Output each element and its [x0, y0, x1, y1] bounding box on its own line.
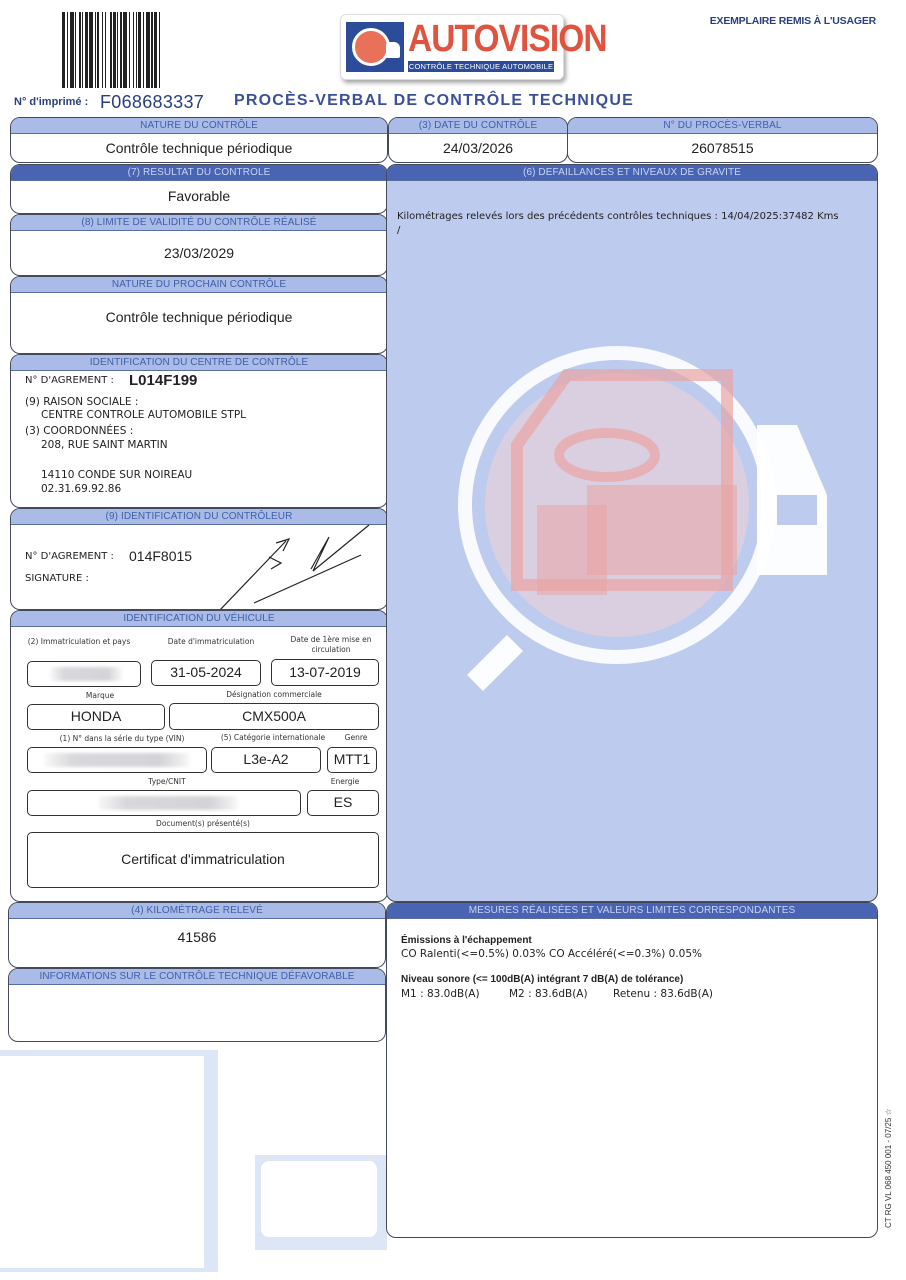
imprime-label: N° d'imprimé :	[14, 96, 88, 108]
sonore-title: Niveau sonore (<= 100dB(A) intégrant 7 d…	[401, 974, 683, 985]
marque-field: HONDA	[27, 704, 165, 730]
emissions-title: Émissions à l'échappement	[401, 935, 532, 946]
categorie-label: (5) Catégorie internationale	[215, 733, 331, 742]
vehicule-box: IDENTIFICATION DU VÉHICULE (2) Immatricu…	[10, 610, 388, 902]
emissions-values: CO Ralenti(<=0.5%) 0.03% CO Accéléré(<=0…	[401, 948, 702, 960]
defaillances-line2: /	[397, 225, 400, 236]
brand-name: AUTOVISION	[408, 18, 607, 61]
immat-label: (2) Immatriculation et pays	[25, 637, 133, 646]
signature-label: SIGNATURE :	[25, 573, 89, 584]
date-circulation-field: 13-07-2019	[271, 659, 379, 686]
designation-field: CMX500A	[169, 703, 379, 730]
prochain-controle-value: Contrôle technique périodique	[11, 293, 387, 341]
document-title: PROCÈS-VERBAL DE CONTRÔLE TECHNIQUE	[234, 92, 634, 110]
documents-field: Certificat d'immatriculation	[27, 832, 379, 888]
controleur-box: (9) IDENTIFICATION DU CONTRÔLEUR N° D'AG…	[10, 508, 388, 610]
limite-validite-box: (8) LIMITE DE VALIDITÉ DU CONTRÔLE RÉALI…	[10, 214, 388, 276]
autovision-logo: AUTOVISION CONTRÔLE TECHNIQUE AUTOMOBILE	[340, 14, 564, 80]
categorie-field: L3e-A2	[211, 747, 321, 773]
sonore-m2: M2 : 83.6dB(A)	[509, 988, 588, 1000]
raison-sociale-label: (9) RAISON SOCIALE :	[25, 396, 138, 408]
nature-controle-label: NATURE DU CONTRÔLE	[11, 118, 387, 134]
documents-label: Document(s) présenté(s)	[27, 819, 379, 828]
marque-label: Marque	[27, 691, 173, 700]
resultat-label: (7) RESULTAT DU CONTROLE	[11, 165, 387, 181]
magnifier-car-icon	[346, 22, 404, 72]
prochain-controle-box: NATURE DU PROCHAIN CONTRÔLE Contrôle tec…	[10, 276, 388, 354]
blank-stamp-area	[0, 1050, 218, 1272]
signature-scribble	[201, 519, 381, 610]
date-controle-value: 24/03/2026	[389, 134, 567, 162]
resultat-value: Favorable	[11, 181, 387, 211]
centre-agrement-value: L014F199	[129, 372, 197, 389]
sonore-m1: M1 : 83.0dB(A)	[401, 988, 480, 1000]
infos-defavorable-box: INFORMATIONS SUR LE CONTRÔLE TECHNIQUE D…	[8, 968, 386, 1042]
imprime-number: F068683337	[100, 92, 204, 113]
controleur-agrement-value: 014F8015	[129, 548, 192, 564]
infos-defavorable-label: INFORMATIONS SUR LE CONTRÔLE TECHNIQUE D…	[9, 969, 385, 985]
brand-subtitle: CONTRÔLE TECHNIQUE AUTOMOBILE	[408, 61, 554, 72]
form-code: CT RG VL 068 450 001 - 07/25 ☆	[884, 1088, 893, 1228]
num-pv-box: N° DU PROCÈS-VERBAL 26078515	[567, 117, 878, 163]
num-pv-value: 26078515	[568, 134, 877, 162]
barcode	[62, 12, 238, 88]
autovision-watermark-icon	[427, 345, 857, 745]
vehicule-label: IDENTIFICATION DU VÉHICULE	[11, 611, 387, 627]
genre-label: Genre	[329, 733, 383, 742]
controleur-agrement-label: N° D'AGREMENT :	[25, 551, 114, 562]
kilometrage-value: 41586	[9, 919, 385, 955]
centre-box: IDENTIFICATION DU CENTRE DE CONTRÔLE N° …	[10, 354, 388, 508]
raison-sociale-value: CENTRE CONTROLE AUTOMOBILE STPL	[41, 409, 246, 421]
energie-field: ES	[307, 790, 379, 816]
num-pv-label: N° DU PROCÈS-VERBAL	[568, 118, 877, 134]
resultat-box: (7) RESULTAT DU CONTROLE Favorable	[10, 164, 388, 214]
vin-field	[27, 747, 207, 773]
vin-label: (1) N° dans la série du type (VIN)	[27, 734, 217, 743]
prochain-controle-label: NATURE DU PROCHAIN CONTRÔLE	[11, 277, 387, 293]
date-controle-box: (3) DATE DU CONTRÔLE 24/03/2026	[388, 117, 568, 163]
address-line1: 208, RUE SAINT MARTIN	[41, 439, 168, 451]
energie-label: Energie	[311, 777, 379, 786]
date-immat-label: Date d'immatriculation	[151, 637, 271, 646]
kilometrage-box: (4) KILOMÉTRAGE RELEVÉ 41586	[8, 902, 386, 968]
nature-controle-value: Contrôle technique périodique	[11, 134, 387, 162]
nature-controle-box: NATURE DU CONTRÔLE Contrôle technique pé…	[10, 117, 388, 163]
genre-field: MTT1	[327, 747, 377, 773]
previous-mileage-line: Kilométrages relevés lors des précédents…	[397, 211, 839, 222]
phone-number: 02.31.69.92.86	[41, 483, 121, 495]
type-cnit-label: Type/CNIT	[27, 777, 307, 786]
coordonnees-label: (3) COORDONNÉES :	[25, 425, 133, 437]
sonore-retenu: Retenu : 83.6dB(A)	[613, 988, 713, 1000]
defaillances-box: (6) DEFAILLANCES ET NIVEAUX DE GRAVITE K…	[386, 164, 878, 902]
centre-agrement-label: N° D'AGREMENT :	[25, 375, 114, 386]
date-immat-field: 31-05-2024	[151, 660, 261, 686]
centre-label: IDENTIFICATION DU CENTRE DE CONTRÔLE	[11, 355, 387, 371]
date-circulation-label: Date de 1ère mise en circulation	[279, 635, 383, 655]
immatriculation-field	[27, 661, 141, 687]
mesures-box: MESURES RÉALISÉES ET VALEURS LIMITES COR…	[386, 902, 878, 1238]
kilometrage-label: (4) KILOMÉTRAGE RELEVÉ	[9, 903, 385, 919]
defaillances-label: (6) DEFAILLANCES ET NIVEAUX DE GRAVITE	[387, 165, 877, 181]
limite-validite-value: 23/03/2029	[11, 231, 387, 275]
designation-label: Désignation commerciale	[169, 690, 379, 699]
date-controle-label: (3) DATE DU CONTRÔLE	[389, 118, 567, 134]
blank-stamp-box	[255, 1155, 387, 1250]
limite-validite-label: (8) LIMITE DE VALIDITÉ DU CONTRÔLE RÉALI…	[11, 215, 387, 231]
mesures-label: MESURES RÉALISÉES ET VALEURS LIMITES COR…	[387, 903, 877, 919]
type-cnit-field	[27, 790, 301, 816]
copy-notice: EXEMPLAIRE REMIS À L'USAGER	[710, 15, 876, 27]
address-line2: 14110 CONDE SUR NOIREAU	[41, 469, 192, 481]
